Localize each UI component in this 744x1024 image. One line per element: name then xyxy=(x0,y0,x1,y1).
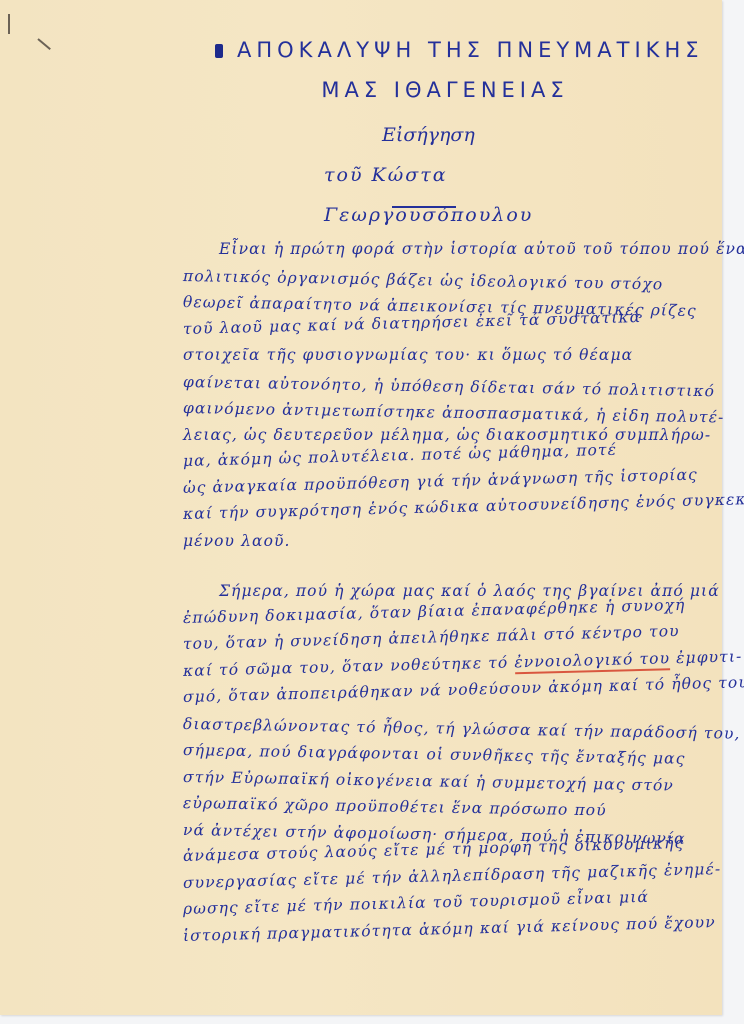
text-line: μένου λαοῦ. xyxy=(183,528,718,555)
paragraph-1: Εἶναι ἡ πρώτη φορά στὴν ἱστορία αὐτοῦ το… xyxy=(183,236,718,554)
text-line: Εἶναι ἡ πρώτη φορά στὴν ἱστορία αὐτοῦ το… xyxy=(183,236,718,263)
title-line-2: ΜΑΣ ΙΘΑΓΕΝΕΙΑΣ xyxy=(215,70,705,110)
paragraph-2: Σήμερα, πού ἡ χώρα μας καί ὁ λαός της βγ… xyxy=(183,578,718,949)
text-segment: καί τό σῶμα του, ὅταν νοθεύτηκε τό xyxy=(183,653,515,680)
margin-slash-mark xyxy=(37,38,51,50)
text-line: στοιχεῖα τῆς φυσιογνωμίας του· κι ὅμως τ… xyxy=(183,342,718,369)
text-segment: ἐμφυτι- xyxy=(670,647,743,667)
subtitle-line-1: Εἰσήγηση xyxy=(300,115,620,155)
subtitle-line-2: τοῦ Κώστα Γεωργουσόπουλου xyxy=(300,155,620,235)
red-underlined-phrase: ἐννοιολογικό του xyxy=(514,649,670,674)
title-line-1: ΑΠΟΚΑΛΥΨΗ ΤΗΣ ΠΝΕΥΜΑΤΙΚΗΣ xyxy=(237,38,704,62)
manuscript-page: ΑΠΟΚΑΛΥΨΗ ΤΗΣ ΠΝΕΥΜΑΤΙΚΗΣ ΜΑΣ ΙΘΑΓΕΝΕΙΑΣ… xyxy=(0,0,722,1015)
document-title: ΑΠΟΚΑΛΥΨΗ ΤΗΣ ΠΝΕΥΜΑΤΙΚΗΣ ΜΑΣ ΙΘΑΓΕΝΕΙΑΣ xyxy=(215,30,705,110)
title-divider xyxy=(392,206,456,208)
margin-tick-mark xyxy=(8,14,10,34)
ink-blot-bullet-icon xyxy=(215,44,223,58)
document-subtitle: Εἰσήγηση τοῦ Κώστα Γεωργουσόπουλου xyxy=(300,115,620,235)
